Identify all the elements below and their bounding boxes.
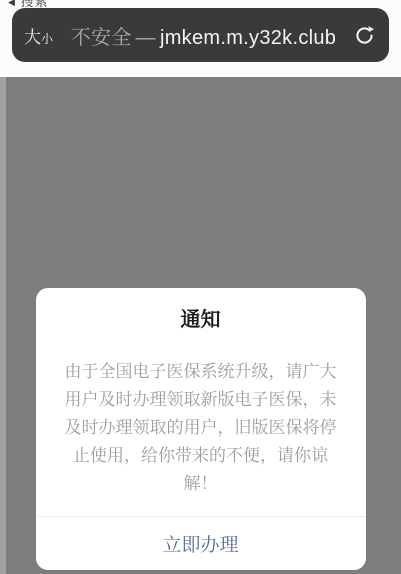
url-separator: —: [132, 27, 160, 49]
address-bar[interactable]: 大小 不安全—jmkem.m.y32k.club: [12, 8, 389, 62]
dialog-title: 通知: [36, 306, 366, 334]
reload-button[interactable]: [351, 22, 377, 48]
back-chevron-icon: ◀: [8, 0, 16, 7]
text-size-button[interactable]: 大小: [24, 23, 62, 48]
text-size-small-label: 小: [41, 32, 53, 46]
url-field[interactable]: 不安全—jmkem.m.y32k.club: [62, 21, 345, 50]
browser-chrome: ◀ 搜索 大小 不安全—jmkem.m.y32k.club: [0, 0, 401, 77]
page-edge-strip: [0, 77, 6, 574]
proceed-button[interactable]: 立即办理: [36, 517, 366, 570]
security-status-label: 不安全: [71, 27, 132, 49]
mobile-browser-screen: ◀ 搜索 大小 不安全—jmkem.m.y32k.club 通知 由于全国电子医…: [0, 0, 401, 574]
page-dim-overlay: 通知 由于全国电子医保系统升级，请广大用户及时办理领取新版电子医保，未及时办理领…: [0, 77, 401, 574]
reload-icon: [353, 24, 376, 47]
url-text: jmkem.m.y32k.club: [160, 27, 336, 49]
text-size-large-label: 大: [24, 28, 41, 47]
dialog-body-text: 由于全国电子医保系统升级，请广大用户及时办理领取新版电子医保，未及时办理领取的用…: [58, 358, 344, 498]
dialog-footer: 立即办理: [36, 516, 366, 570]
notice-dialog: 通知 由于全国电子医保系统升级，请广大用户及时办理领取新版电子医保，未及时办理领…: [36, 288, 366, 570]
